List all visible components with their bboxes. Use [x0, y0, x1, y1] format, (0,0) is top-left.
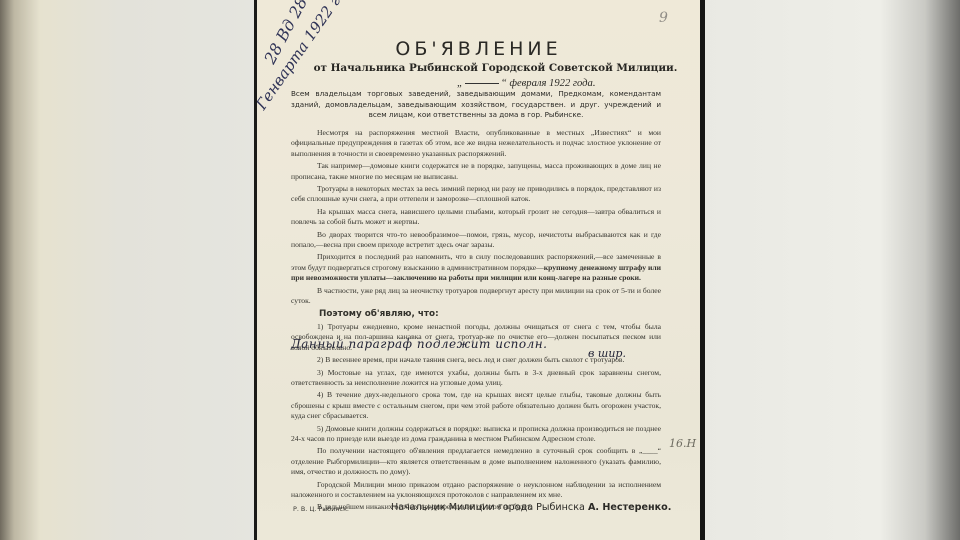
paragraph: Несмотря на распоряжения местной Власти,… [291, 128, 661, 159]
handwritten-annotation: Данный параграф подлежит исполн. [291, 337, 548, 351]
document-body: Несмотря на распоряжения местной Власти,… [291, 128, 661, 515]
printer-code: Р. В. Ц. Рыбинск. [293, 505, 349, 513]
signature-line: Начальник Милиции города Рыбинска А. Нес… [391, 502, 671, 513]
date-suffix: “ февраля 1922 года. [501, 78, 596, 89]
signature-title: Начальник Милиции города Рыбинска [391, 502, 585, 513]
paragraph: По получении настоящего об'явления предл… [291, 446, 661, 477]
page-title: ОБ'ЯВЛЕНИЕ [257, 38, 700, 60]
date-blank [465, 83, 499, 84]
paragraph: Городской Милиции мною приказом отдано р… [291, 480, 661, 501]
list-item: 3) Мостовые на углах, где имеются ухабы,… [291, 368, 661, 389]
document-date: „“ февраля 1922 года. [457, 78, 595, 89]
paragraph: В частности, уже ряд лиц за неочистку тр… [291, 286, 661, 307]
handwritten-margin-note: 16.Н [669, 437, 696, 450]
document-subtitle: от Начальника Рыбинской Городской Советс… [297, 62, 694, 74]
date-prefix: „ [457, 78, 463, 89]
penalty-warning: Приходится в последний раз напомнить, чт… [291, 252, 661, 283]
paragraph: Тротуары в некоторых местах за весь зимн… [291, 184, 661, 205]
signature-name: А. Нестеренко. [588, 502, 671, 513]
addressee-block: Всем владельцам торговых заведений, заве… [291, 89, 661, 121]
paragraph: Во дворах творится что-то невообразимое—… [291, 230, 661, 251]
paragraph: Так например—домовые книги содержатся не… [291, 161, 661, 182]
paragraph: На крышах масса снега, нависшего целыми … [291, 207, 661, 228]
list-item: 4) В течение двух-недельного срока том, … [291, 390, 661, 421]
section-heading: Поэтому об'являю, что: [291, 309, 661, 319]
handwritten-annotation-end: в шир. [588, 347, 626, 360]
list-item: 5) Домовые книги должны содержаться в по… [291, 424, 661, 445]
handwritten-page-number: 9 [659, 10, 668, 26]
document-page: 28 Вд 28 Генварта 1922 г. 9 ОБ'ЯВЛЕНИЕ о… [257, 0, 700, 540]
